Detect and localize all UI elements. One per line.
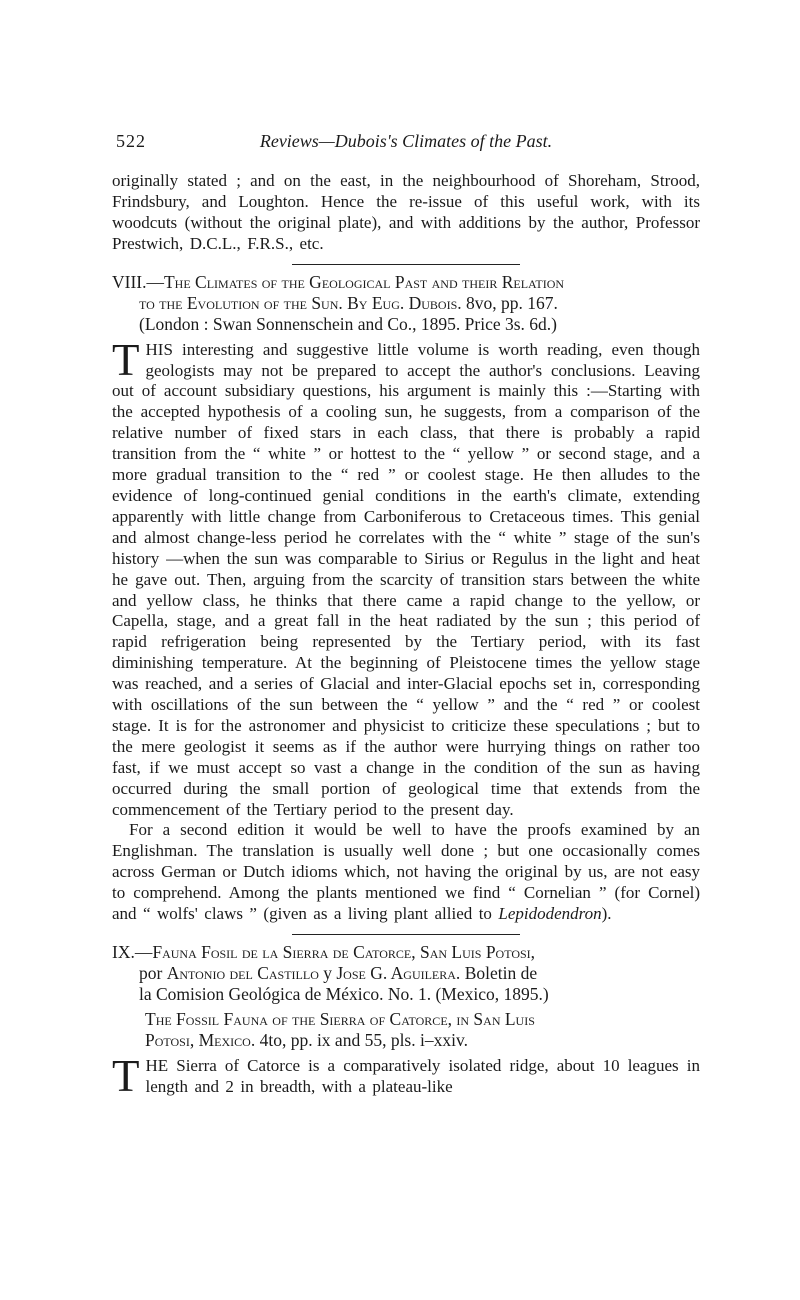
section-divider-rule [292,264,520,265]
review8-heading-format-part: 8vo, pp. 167. [462,293,558,313]
review9-heading-line2: por Antonio del Castillo y Jose G. Aguil… [112,963,700,984]
review9-heading: IX.—Fauna Fosil de la Sierra de Catorce,… [112,942,700,1051]
intro-paragraph: originally stated ; and on the east, in … [112,171,700,255]
review9-english-title-place: Potosi, Mexico. [145,1030,255,1050]
section-divider-rule-2 [292,934,520,935]
review9-english-title-line1: The Fossil Fauna of the Sierra of Catorc… [112,1009,700,1030]
page-header: 522 Reviews—Dubois's Climates of the Pas… [112,131,700,153]
review8-paragraph-2: For a second edition it would be well to… [112,820,700,925]
review9-authors-por: por [139,963,167,983]
drop-cap-initial: T [112,342,140,378]
review8-paragraph-1-text: HIS interesting and suggestive little vo… [112,340,700,819]
review9-heading-imprint: la Comision Geológica de México. No. 1. … [112,984,700,1005]
review8-heading-line2: to the Evolution of the Sun. By Eug. Dub… [112,293,700,314]
review8-paragraph-1: THIS interesting and suggestive little v… [112,340,700,821]
review9-heading-line1: IX.—Fauna Fosil de la Sierra de Catorce,… [112,942,700,963]
review8-heading: VIII.—The Climates of the Geological Pas… [112,272,700,335]
review8-paragraph-2-text: For a second edition it would be well to… [112,820,700,923]
review9-paragraph-1-text: HE Sierra of Catorce is a comparatively … [146,1056,701,1096]
review9-author-castillo: Antonio del Castillo [167,963,319,983]
review9-authors-y: y [319,963,337,983]
running-title: Reviews—Dubois's Climates of the Past. [112,131,700,152]
review8-heading-line1: VIII.—The Climates of the Geological Pas… [112,272,700,293]
drop-cap-initial-2: T [112,1058,140,1094]
page-number: 522 [116,131,146,152]
review8-heading-title-part: to the Evolution of the Sun. By Eug. Dub… [139,293,462,313]
review9-paragraph-1: THE Sierra of Catorce is a comparatively… [112,1056,700,1098]
review8-paragraph-2-end: ). [602,904,612,923]
scanned-book-page: 522 Reviews—Dubois's Climates of the Pas… [0,0,800,1300]
review8-heading-imprint: (London : Swan Sonnenschein and Co., 189… [112,314,700,335]
review9-author-aguilera: Jose G. Aguilera. [336,963,460,983]
text-block: 522 Reviews—Dubois's Climates of the Pas… [112,131,700,1098]
review9-series-part: Boletin de [460,963,537,983]
review9-english-title-line2: Potosi, Mexico. 4to, pp. ix and 55, pls.… [112,1030,700,1051]
latin-genus-name: Lepidodendron [498,904,601,923]
review9-collation-part: 4to, pp. ix and 55, pls. i–xxiv. [255,1030,468,1050]
